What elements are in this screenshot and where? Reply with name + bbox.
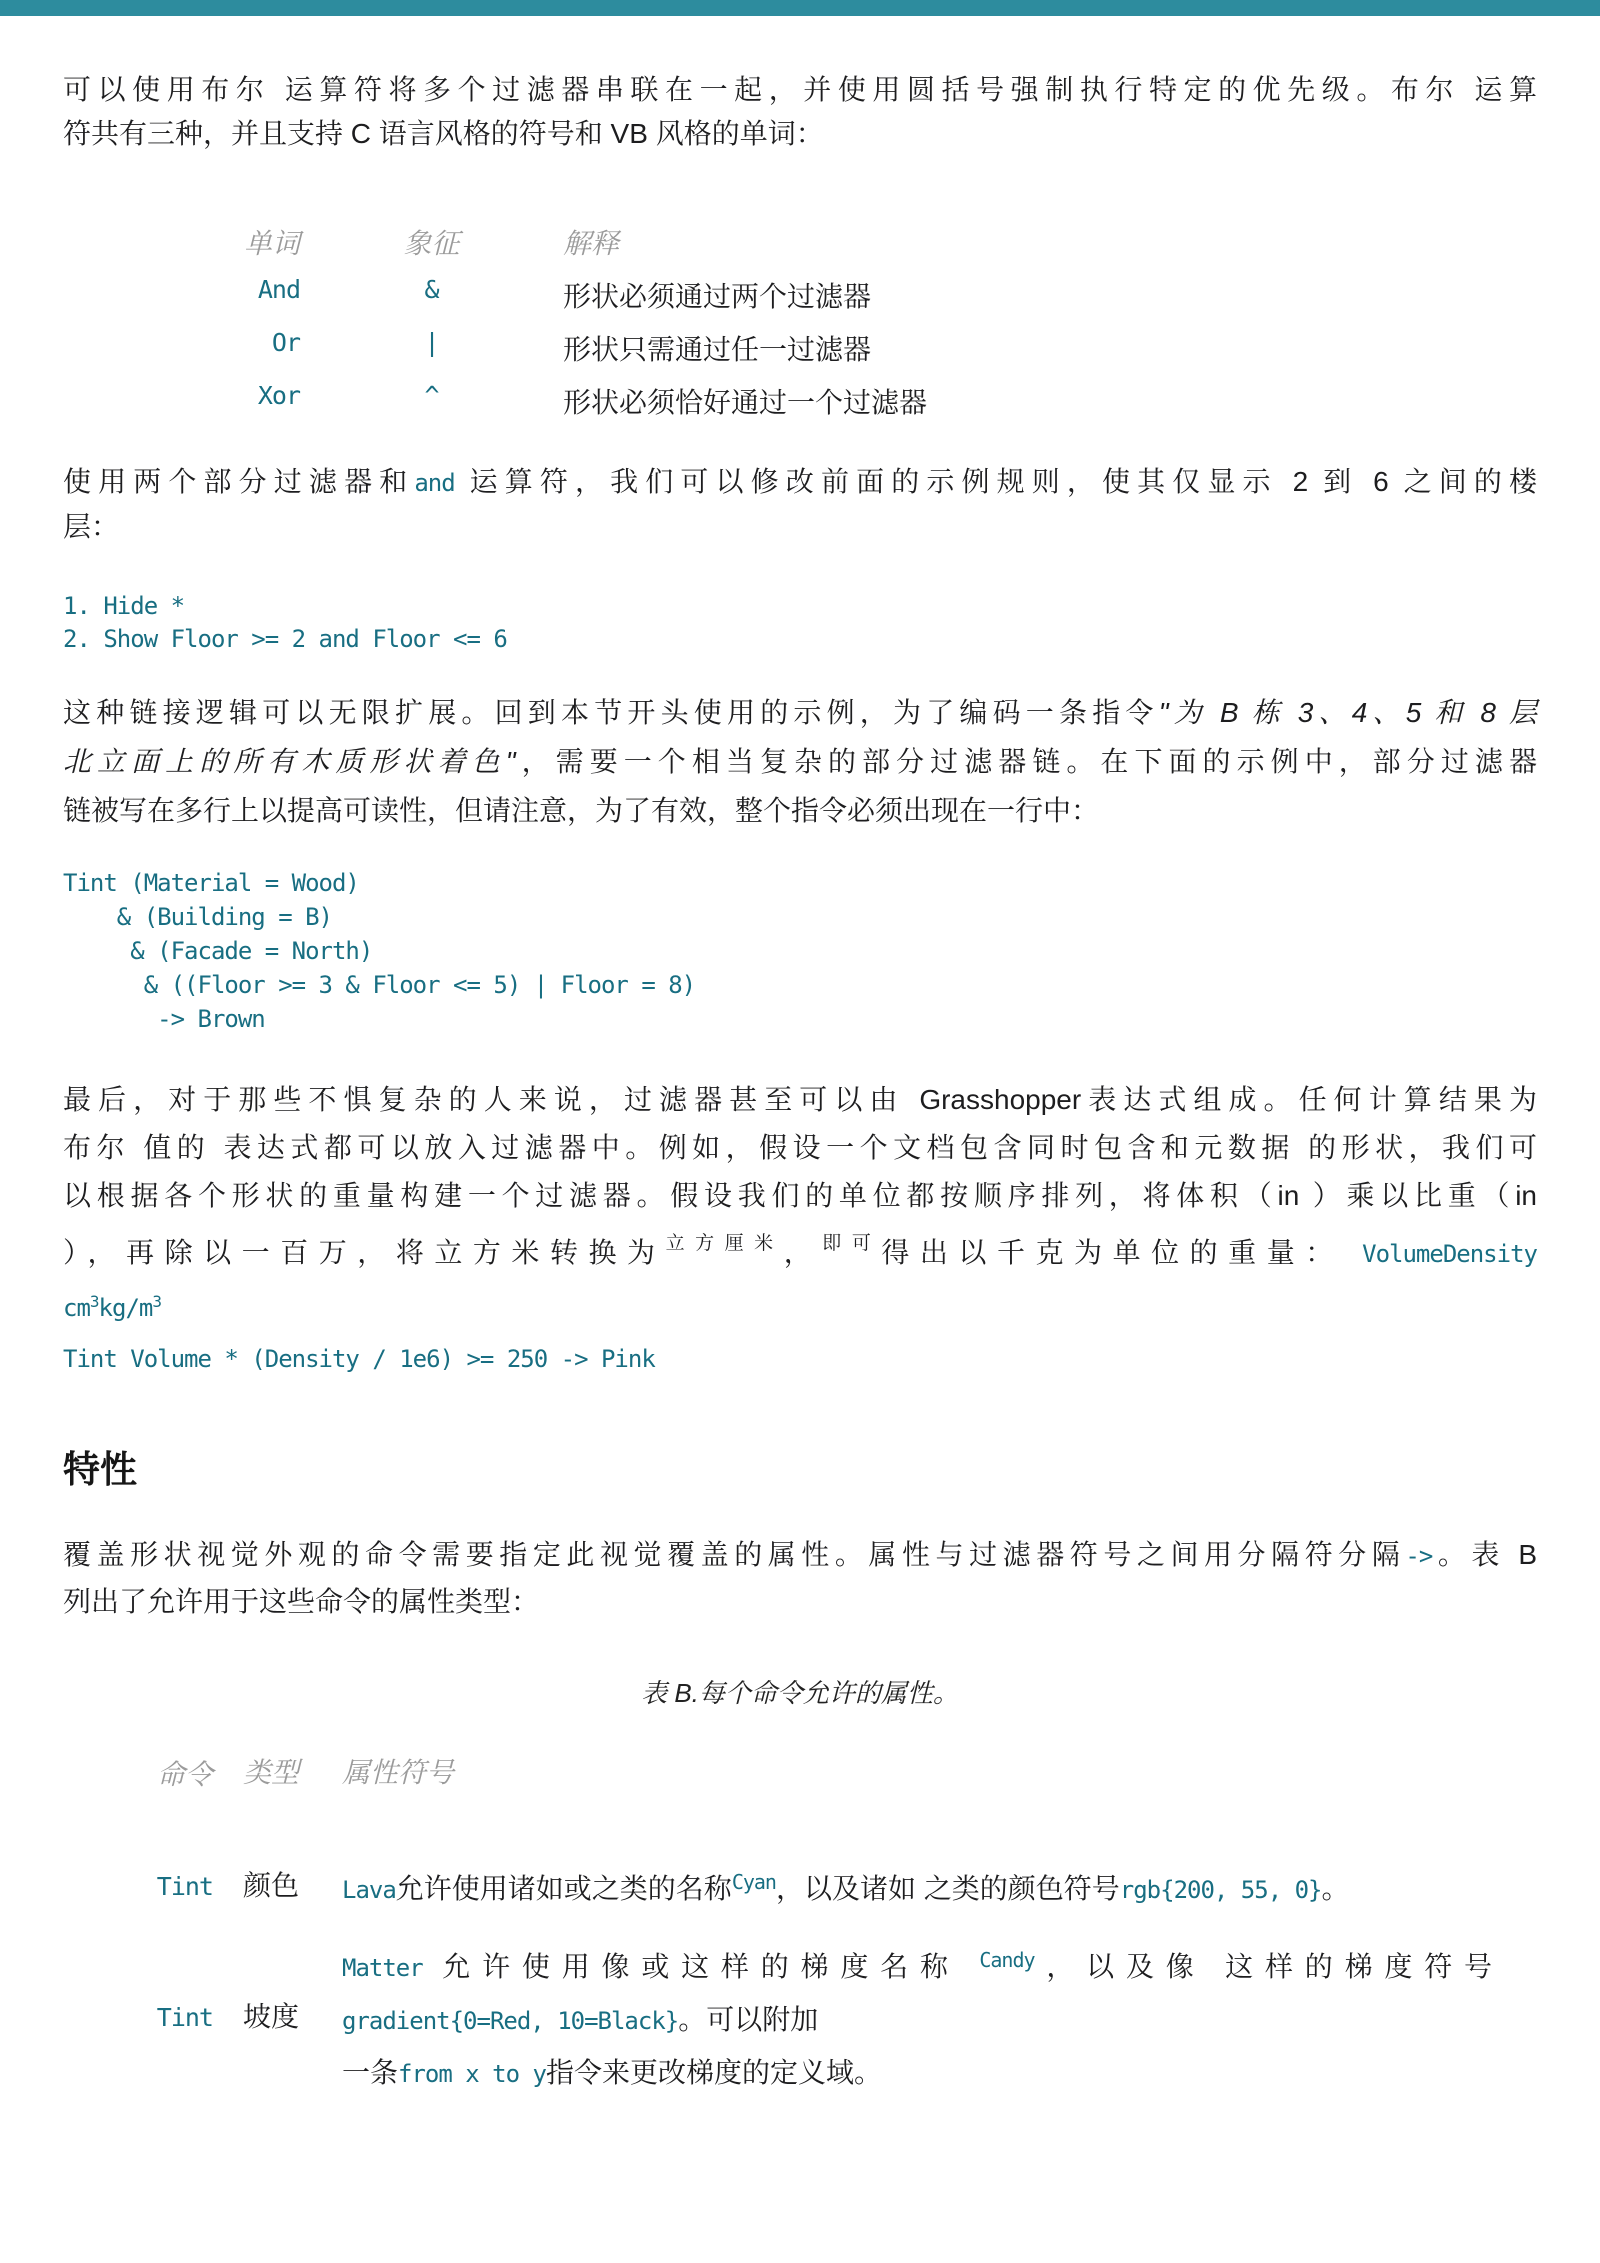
paragraph-line: 层： [63,505,1537,549]
header-attribute-symbol: 属性符号 [342,1721,1492,1825]
text-segment: 。可以附加 [678,2004,818,2035]
attributes-table-header: 命令 类型 属性符号 [63,1721,1537,1825]
attribute-line: gradient{0=Red, 10=Black}。可以附加 [342,1994,1492,2047]
inline-code-from-x-to-y: from x to y [398,2060,546,2088]
header-symbol: 象征 [300,222,563,262]
paragraph-line: 使用两个部分过滤器和and 运算符，我们可以修改前面的示例规则，使其仅显示 2 … [63,460,1537,505]
paragraph-and-example: 使用两个部分过滤器和and 运算符，我们可以修改前面的示例规则，使其仅显示 2 … [63,460,1537,549]
attribute-line: Lava允许使用诸如或之类的名称Cyan，以及诸如 之类的颜色符号rgb{200… [342,1856,1492,1916]
text-segment: 使用两个部分过滤器和 [63,466,414,497]
operator-row-or: Or | 形状只需通过任一过滤器 [63,328,1537,381]
superscript-3: 3 [152,1292,161,1311]
paragraph-line: cm3kg/m3 [63,1278,1537,1332]
superscript-jike: 即可 [822,1233,881,1254]
superscript-3: 3 [90,1292,99,1311]
paragraph-line: ），再除以一百万，将立方米转换为立方厘米，即可得出以千克为单位的重量： Volu… [63,1220,1537,1278]
inline-code-rgb: rgb{200, 55, 0} [1120,1876,1322,1904]
paragraph-grasshopper: 最后，对于那些不惧复杂的人来说，过滤器甚至可以由 Grasshopper表达式组… [63,1076,1537,1332]
paragraph-chain-logic: 这种链接逻辑可以无限扩展。回到本节开头使用的示例，为了编码一条指令"为 B 栋 … [63,688,1537,835]
attributes-row-color: Tint 颜色 Lava允许使用诸如或之类的名称Cyan，以及诸如 之类的颜色符… [63,1834,1537,1938]
operator-explanation: 形状只需通过任一过滤器 [563,328,1537,372]
operator-row-xor: Xor ^ 形状必须恰好通过一个过滤器 [63,381,1537,434]
paragraph-line: 符共有三种，并且支持 C 语言风格的符号和 VB 风格的单词： [63,112,1537,156]
quoted-instruction-part1: "为 B 栋 3、4、5 和 8 层 [1159,697,1537,728]
text-segment: ，需要一个相当复杂的部分过滤器链。在下面的示例中，部分过滤器 [516,746,1537,777]
code-block-tint-chain: Tint (Material = Wood) & (Building = B) … [63,866,1537,1036]
superscript-cubic-cm: 立方厘米 [666,1233,784,1254]
table-b-caption: 表 B.每个命令允许的属性。 [63,1676,1537,1710]
text-segment: 一条 [342,2057,398,2088]
command-cell: Tint [63,1939,213,2095]
type-cell: 颜色 [242,1834,300,1938]
attribute-line: Matter 允许使用像或这样的梯度名称 Candy，以及像 这样的梯度符号 [342,1934,1492,1994]
inline-code-and: and [414,469,454,497]
text-segment: 得出以千克为单位的重量： [881,1237,1343,1268]
inline-code-candy: Candy [979,1948,1034,1972]
paragraph-line: 这种链接逻辑可以无限扩展。回到本节开头使用的示例，为了编码一条指令"为 B 栋 … [63,688,1537,737]
operator-symbol: & [300,275,563,304]
quoted-instruction-part2: 北立面上的所有木质形状着色" [63,746,516,777]
type-cell: 坡度 [242,1939,300,2095]
operator-explanation: 形状必须恰好通过一个过滤器 [563,381,1537,425]
text-segment: 。 [1322,1873,1350,1904]
text-segment: 允许使用诸如或之类的名称 [396,1873,732,1904]
inline-code-arrow: -> [1405,1542,1432,1570]
top-accent-bar [0,0,1600,16]
document-page: 可以使用布尔 运算符将多个过滤器串联在一起，并使用圆括号强制执行特定的优先级。布… [0,0,1600,2263]
code-block-tint-volume: Tint Volume * (Density / 1e6) >= 250 -> … [63,1343,1537,1376]
paragraph-line: 北立面上的所有木质形状着色"，需要一个相当复杂的部分过滤器链。在下面的示例中，部… [63,737,1537,786]
text-segment: ），再除以一百万，将立方米转换为 [63,1237,666,1268]
paragraph-bool-operators: 可以使用布尔 运算符将多个过滤器串联在一起，并使用圆括号强制执行特定的优先级。布… [63,68,1537,156]
operator-word: Or [63,328,300,357]
operator-row-and: And & 形状必须通过两个过滤器 [63,275,1537,328]
header-command: 命令 [63,1721,213,1825]
attribute-cell: Matter 允许使用像或这样的梯度名称 Candy，以及像 这样的梯度符号 g… [342,1939,1492,2095]
inline-code-matter: Matter [342,1954,423,1982]
text-segment: 。表 B [1432,1539,1537,1570]
paragraph-line: 最后，对于那些不惧复杂的人来说，过滤器甚至可以由 Grasshopper表达式组… [63,1076,1537,1124]
text-segment: ， [784,1237,823,1268]
operators-table-header: 单词 象征 解释 [63,222,1537,275]
header-explanation: 解释 [563,222,1537,262]
attribute-line: 一条from x to y指令来更改梯度的定义域。 [342,2047,1492,2100]
text-segment: 指令来更改梯度的定义域。 [546,2057,882,2088]
inline-code-lava: Lava [342,1876,396,1904]
paragraph-line: 链被写在多行上以提高可读性，但请注意，为了有效，整个指令必须出现在一行中： [63,786,1537,835]
operator-explanation: 形状必须通过两个过滤器 [563,275,1537,319]
paragraph-properties-intro: 覆盖形状视觉外观的命令需要指定此视觉覆盖的属性。属性与过滤器符号之间用分隔符分隔… [63,1532,1537,1625]
inline-code-cyan: Cyan [732,1870,776,1894]
paragraph-line: 列出了允许用于这些命令的属性类型： [63,1579,1537,1625]
text-segment: 允许使用像或这样的梯度名称 [423,1951,980,1982]
command-cell: Tint [63,1834,213,1938]
header-type: 类型 [242,1721,300,1825]
inline-code-kg-m: kg/m [99,1294,153,1322]
text-segment: ，以及诸如 之类的颜色符号 [776,1873,1120,1904]
inline-code-gradient: gradient{0=Red, 10=Black} [342,2007,678,2035]
operator-word: And [63,275,300,304]
paragraph-line: 布尔 值的 表达式都可以放入过滤器中。例如，假设一个文档包含同时包含和元数据 的… [63,1124,1537,1172]
text-segment: 这种链接逻辑可以无限扩展。回到本节开头使用的示例，为了编码一条指令 [63,697,1159,728]
operators-table: 单词 象征 解释 And & 形状必须通过两个过滤器 Or | 形状只需通过任一… [63,222,1537,434]
attribute-cell: Lava允许使用诸如或之类的名称Cyan，以及诸如 之类的颜色符号rgb{200… [342,1834,1492,1938]
inline-code-cm: cm [63,1294,90,1322]
inline-code-volume-density: VolumeDensity [1362,1240,1537,1268]
text-segment: 覆盖形状视觉外观的命令需要指定此视觉覆盖的属性。属性与过滤器符号之间用分隔符分隔 [63,1539,1405,1570]
paragraph-line: 覆盖形状视觉外观的命令需要指定此视觉覆盖的属性。属性与过滤器符号之间用分隔符分隔… [63,1532,1537,1579]
header-word: 单词 [63,222,300,262]
operator-symbol: | [300,328,563,357]
operator-word: Xor [63,381,300,410]
paragraph-line: 可以使用布尔 运算符将多个过滤器串联在一起，并使用圆括号强制执行特定的优先级。布… [63,68,1537,112]
text-segment: ，以及像 这样的梯度符号 [1035,1951,1492,1982]
text-segment: 运算符，我们可以修改前面的示例规则，使其仅显示 2 到 6 之间的楼 [455,466,1537,497]
operator-symbol: ^ [300,381,563,410]
section-heading-properties: 特性 [63,1448,1537,1492]
paragraph-line: 以根据各个形状的重量构建一个过滤器。假设我们的单位都按顺序排列，将体积（in ）… [63,1172,1537,1220]
attributes-row-gradient: Tint 坡度 Matter 允许使用像或这样的梯度名称 Candy，以及像 这… [63,1939,1537,2095]
code-block-floor-rules: 1. Hide * 2. Show Floor >= 2 and Floor <… [63,590,1537,656]
